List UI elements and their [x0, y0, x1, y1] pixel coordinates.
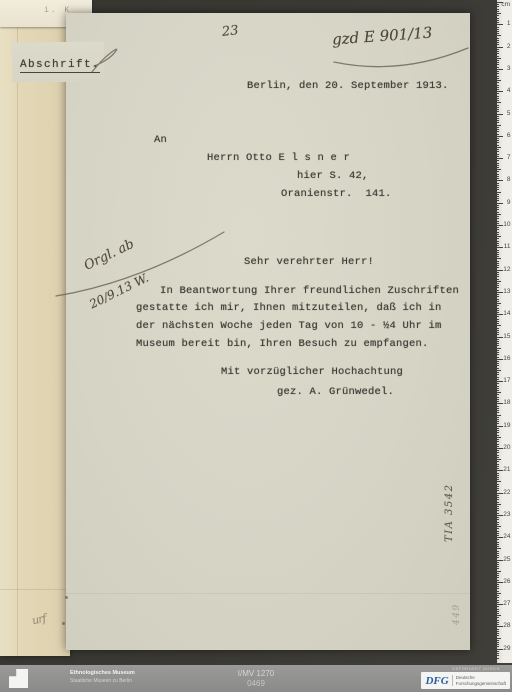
ruler-tick — [497, 258, 501, 259]
dfg-full-name: Deutsche Forschungsgemeinschaft — [456, 675, 506, 685]
ruler-tick — [497, 573, 499, 574]
funding-label: GEFÖRDERT DURCH — [452, 666, 500, 671]
ruler-tick — [497, 646, 499, 647]
ruler-tick — [497, 533, 499, 534]
ruler-tick — [497, 544, 499, 545]
ruler-tick — [497, 394, 499, 395]
ruler-tick — [497, 305, 499, 306]
ruler-tick — [497, 114, 503, 115]
ruler-tick — [497, 154, 499, 155]
ruler-tick — [497, 510, 499, 511]
ruler-tick — [497, 488, 499, 489]
ruler-tick — [497, 417, 499, 418]
ruler-tick — [497, 254, 499, 255]
ruler-tick — [497, 301, 499, 302]
ruler-tick — [497, 586, 499, 587]
ruler-tick — [497, 479, 499, 480]
ruler-tick — [497, 609, 499, 610]
body-line: gestatte ich mir, Ihnen mitzuteilen, daß… — [136, 302, 442, 314]
ruler-tick — [497, 466, 499, 467]
ruler-tick — [497, 96, 499, 97]
pencil-vertical-shelf-number: TIA 3542 — [444, 452, 455, 542]
ruler-tick — [497, 374, 499, 375]
ruler-tick — [497, 276, 499, 277]
ruler-tick — [497, 294, 499, 295]
ruler-tick — [497, 243, 499, 244]
salutation: Sehr verehrter Herr! — [244, 256, 374, 268]
ruler-tick — [497, 495, 499, 496]
ruler-tick — [497, 337, 503, 338]
ruler-tick — [497, 105, 499, 106]
copy-label: Abschrift. — [20, 59, 100, 73]
ruler-tick — [497, 624, 499, 625]
ruler-tick — [497, 205, 499, 206]
ruler-tick — [497, 18, 499, 19]
ruler-tick — [497, 64, 499, 65]
ruler-tick — [497, 142, 499, 143]
ruler-number: 9 — [507, 199, 511, 207]
ruler-tick — [497, 568, 499, 569]
ruler-tick — [497, 263, 499, 264]
ruler-tick — [497, 283, 499, 284]
ruler-tick — [497, 91, 503, 92]
ruler-tick — [497, 225, 503, 226]
ruler-tick — [497, 4, 499, 5]
address-line: hier S. 42, — [297, 170, 369, 182]
ruler-tick — [497, 216, 499, 217]
ruler-tick — [497, 174, 499, 175]
ruler-tick — [497, 593, 501, 594]
ruler-tick — [497, 236, 501, 237]
ruler-tick — [497, 296, 499, 297]
closing: Mit vorzüglicher Hochachtung — [221, 366, 403, 378]
ruler-tick — [497, 464, 499, 465]
ruler-tick — [497, 461, 499, 462]
ruler-tick — [497, 272, 499, 273]
ruler-tick — [497, 444, 499, 445]
pencil-scribble: urf — [31, 612, 47, 628]
ruler-tick — [497, 252, 499, 253]
ruler-tick — [497, 176, 499, 177]
ruler-tick — [497, 24, 503, 25]
ruler-tick — [497, 553, 499, 554]
ruler-tick — [497, 399, 499, 400]
ruler-tick — [497, 35, 501, 36]
ruler-tick — [497, 319, 499, 320]
ruler-number: 6 — [507, 132, 511, 140]
ruler-tick — [497, 62, 499, 63]
ruler-number: 25 — [503, 556, 510, 564]
dfg-acronym: DFG — [425, 675, 448, 687]
ruler-tick — [497, 588, 499, 589]
ruler-tick — [497, 334, 499, 335]
ruler-tick — [497, 160, 499, 161]
ruler-tick — [497, 187, 499, 188]
ruler-tick — [497, 60, 499, 61]
ruler-tick — [497, 332, 499, 333]
ruler-tick — [497, 2, 503, 3]
ruler-tick — [497, 459, 501, 460]
ruler-tick — [497, 455, 499, 456]
ruler-tick — [497, 221, 499, 222]
ruler-tick — [497, 214, 501, 215]
ruler-tick — [497, 279, 499, 280]
ruler-tick — [497, 432, 499, 433]
ruler-tick — [497, 31, 499, 32]
ruler-tick — [497, 241, 499, 242]
ruler-tick — [497, 390, 499, 391]
dfg-logo-divider — [452, 675, 453, 686]
ruler-tick — [497, 85, 499, 86]
dfg-name-line2: Forschungsgemeinschaft — [456, 681, 506, 686]
ruler-tick — [497, 381, 503, 382]
ruler-tick — [497, 82, 499, 83]
ruler-tick — [497, 617, 499, 618]
ruler-number: 23 — [503, 511, 510, 519]
ruler-tick — [497, 428, 499, 429]
ruler-tick — [497, 245, 499, 246]
ruler-tick — [497, 303, 501, 304]
ruler-tick — [497, 136, 503, 137]
ruler-tick — [497, 56, 499, 57]
ruler-tick — [497, 548, 501, 549]
ruler-tick — [497, 629, 499, 630]
ruler-number: 11 — [504, 243, 511, 251]
backing-sheet — [0, 4, 70, 656]
ruler-tick — [497, 426, 503, 427]
ruler-tick — [497, 165, 499, 166]
margin-note-line1: Orgl. ab — [82, 238, 136, 273]
ruler-tick — [497, 515, 503, 516]
ruler-tick — [497, 267, 499, 268]
ruler-tick — [497, 44, 499, 45]
ruler-tick — [497, 270, 503, 271]
ruler-tick — [497, 147, 501, 148]
ruler-tick — [497, 575, 499, 576]
ruler-tick — [497, 542, 499, 543]
ruler-tick — [497, 158, 503, 159]
ruler-tick — [497, 47, 503, 48]
ruler-tick — [497, 653, 499, 654]
body-line: der nächsten Woche jeden Tag von 10 - ½4… — [136, 320, 442, 332]
ruler-tick — [497, 493, 503, 494]
punch-hole — [65, 596, 68, 599]
ruler-number: 21 — [503, 466, 510, 474]
ruler-tick — [497, 350, 499, 351]
ruler: cm 1234567891011121314151617181920212223… — [497, 0, 512, 663]
ruler-tick — [497, 125, 501, 126]
body-line: Museum bereit bin, Ihren Besuch zu empfa… — [136, 338, 429, 350]
ruler-tick — [497, 604, 503, 605]
ruler-tick — [497, 11, 499, 12]
pencil-faint-number: 449 — [452, 575, 462, 625]
ruler-tick — [497, 229, 499, 230]
ruler-tick — [497, 379, 499, 380]
ruler-tick — [497, 502, 499, 503]
ruler-tick — [497, 234, 499, 235]
ruler-tick — [497, 111, 499, 112]
ruler-number: 4 — [507, 87, 511, 95]
ruler-number: 26 — [503, 578, 510, 586]
ruler-tick — [497, 403, 503, 404]
ruler-number: 17 — [503, 377, 510, 385]
ruler-number: 2 — [507, 43, 511, 51]
ruler-number: 5 — [507, 110, 511, 118]
dateline: Berlin, den 20. September 1913. — [247, 80, 449, 92]
ruler-number: 22 — [503, 489, 510, 497]
ruler-tick — [497, 93, 499, 94]
ruler-tick — [497, 261, 499, 262]
ruler-number: 20 — [503, 444, 510, 452]
ruler-tick — [497, 370, 501, 371]
ruler-tick — [497, 419, 499, 420]
ruler-tick — [497, 475, 499, 476]
letter-page-crease — [66, 593, 470, 594]
address-line: An — [154, 134, 167, 146]
ruler-tick — [497, 506, 499, 507]
ruler-tick — [497, 109, 499, 110]
ruler-tick — [497, 120, 499, 121]
ruler-tick — [497, 626, 503, 627]
ruler-tick — [497, 584, 499, 585]
ruler-tick — [497, 600, 499, 601]
ruler-number: 16 — [503, 355, 510, 363]
ruler-tick — [497, 118, 499, 119]
ruler-tick — [497, 359, 503, 360]
ruler-tick — [497, 171, 499, 172]
ruler-tick — [497, 566, 499, 567]
ruler-number: 13 — [503, 288, 510, 296]
ruler-tick — [497, 631, 499, 632]
ruler-tick — [497, 325, 501, 326]
ruler-number: 12 — [503, 266, 510, 274]
ruler-tick — [497, 368, 499, 369]
ruler-tick — [497, 194, 499, 195]
ruler-tick — [497, 649, 503, 650]
ruler-tick — [497, 406, 499, 407]
pencil-page-number: 23 — [221, 23, 239, 40]
ruler-tick — [497, 481, 501, 482]
ruler-tick — [497, 58, 501, 59]
ruler-tick — [497, 140, 499, 141]
ruler-tick — [497, 107, 499, 108]
ruler-tick — [497, 357, 499, 358]
ruler-tick — [497, 310, 499, 311]
ruler-number: 18 — [503, 399, 510, 407]
ruler-tick — [497, 435, 499, 436]
ruler-tick — [497, 127, 499, 128]
ruler-tick — [497, 539, 499, 540]
ruler-tick — [497, 247, 503, 248]
ruler-tick — [497, 207, 499, 208]
ruler-tick — [497, 156, 499, 157]
ruler-tick — [497, 363, 499, 364]
archive-scan-viewer: i. K 23 gzd E 901/13 Orgl. ab 20/9.13 W.… — [0, 0, 512, 692]
ruler-tick — [497, 38, 499, 39]
ruler-tick — [497, 423, 499, 424]
ruler-tick — [497, 145, 499, 146]
footer-bar: Ethnologisches Museum Staatliche Museen … — [0, 665, 512, 692]
ruler-number: 27 — [503, 600, 510, 608]
ruler-tick — [497, 287, 499, 288]
ruler-tick — [497, 537, 503, 538]
ruler-tick — [497, 102, 501, 103]
ruler-tick — [497, 49, 499, 50]
ruler-tick — [497, 348, 501, 349]
ruler-tick — [497, 477, 499, 478]
ruler-tick — [497, 285, 499, 286]
ruler-tick — [497, 40, 499, 41]
ruler-unit-label: cm — [501, 1, 510, 8]
ruler-tick — [497, 397, 499, 398]
ruler-tick — [497, 446, 499, 447]
ruler-tick — [497, 76, 499, 77]
ruler-number: 7 — [507, 154, 511, 162]
ruler-tick — [497, 274, 499, 275]
ruler-tick — [497, 51, 499, 52]
ruler-tick — [497, 513, 499, 514]
ruler-tick — [497, 200, 499, 201]
ruler-tick — [497, 27, 499, 28]
ruler-tick — [497, 6, 499, 7]
ruler-number: 28 — [503, 622, 510, 630]
ruler-tick — [497, 633, 499, 634]
ruler-tick — [497, 281, 501, 282]
ruler-tick — [497, 651, 499, 652]
ruler-tick — [497, 611, 499, 612]
ruler-tick — [497, 577, 499, 578]
ruler-tick — [497, 22, 499, 23]
ruler-tick — [497, 13, 501, 14]
ruler-tick — [497, 655, 499, 656]
ruler-tick — [497, 189, 499, 190]
punch-hole — [62, 622, 65, 625]
ruler-tick — [497, 555, 499, 556]
ruler-tick — [497, 232, 499, 233]
ruler-tick — [497, 620, 499, 621]
ruler-tick — [497, 73, 499, 74]
ruler-tick — [497, 339, 499, 340]
ruler-tick — [497, 386, 499, 387]
ruler-tick — [497, 308, 499, 309]
ruler-tick — [497, 519, 499, 520]
ruler-tick — [497, 524, 499, 525]
ruler-tick — [497, 562, 499, 563]
ruler-tick — [497, 658, 499, 659]
ruler-tick — [497, 535, 499, 536]
ruler-tick — [497, 151, 499, 152]
ruler-tick — [497, 638, 501, 639]
ruler-tick — [497, 183, 499, 184]
ruler-tick — [497, 328, 499, 329]
ruler-tick — [497, 69, 503, 70]
ruler-tick — [497, 129, 499, 130]
body-line: In Beantwortung Ihrer freundlichen Zusch… — [160, 285, 459, 297]
ruler-tick — [497, 580, 499, 581]
ruler-tick — [497, 383, 499, 384]
ruler-tick — [497, 71, 499, 72]
ruler-tick — [497, 29, 499, 30]
ruler-tick — [497, 138, 499, 139]
ruler-tick — [497, 265, 499, 266]
backing-sheet-crease — [0, 589, 70, 590]
ruler-tick — [497, 408, 499, 409]
ruler-tick — [497, 591, 499, 592]
ruler-tick — [497, 180, 503, 181]
ruler-tick — [497, 486, 499, 487]
ruler-number: 24 — [503, 533, 510, 541]
ruler-number: 14 — [503, 310, 510, 318]
ruler-tick — [497, 517, 499, 518]
ruler-tick — [497, 582, 503, 583]
ruler-tick — [497, 644, 499, 645]
address-line: Oranienstr. 141. — [281, 188, 392, 200]
ruler-tick — [497, 223, 499, 224]
ruler-tick — [497, 602, 499, 603]
dfg-logo: DFG Deutsche Forschungsgemeinschaft — [421, 672, 510, 689]
ruler-tick — [497, 312, 499, 313]
ruler-tick — [497, 352, 499, 353]
ruler-tick — [497, 116, 499, 117]
ruler-tick — [497, 640, 499, 641]
ruler-tick — [497, 209, 499, 210]
ruler-tick — [497, 67, 499, 68]
ruler-tick — [497, 15, 499, 16]
ruler-tick — [497, 316, 499, 317]
ruler-number: 3 — [507, 65, 511, 73]
ruler-tick — [497, 468, 499, 469]
ruler-tick — [497, 499, 499, 500]
ruler-tick — [497, 198, 499, 199]
ruler-tick — [497, 595, 499, 596]
ruler-tick — [497, 377, 499, 378]
backing-sheet-fold-line — [17, 4, 18, 656]
ruler-tick — [497, 203, 503, 204]
ruler-tick — [497, 33, 499, 34]
ruler-tick — [497, 169, 501, 170]
ruler-tick — [497, 185, 499, 186]
ruler-tick — [497, 528, 499, 529]
ruler-tick — [497, 497, 499, 498]
ruler-tick — [497, 490, 499, 491]
ruler-tick — [497, 437, 501, 438]
ruler-tick — [497, 388, 499, 389]
ruler-tick — [497, 564, 499, 565]
ruler-tick — [497, 87, 499, 88]
ruler-tick — [497, 196, 499, 197]
ruler-tick — [497, 212, 499, 213]
ruler-tick — [497, 256, 499, 257]
ruler-tick — [497, 53, 499, 54]
ruler-tick — [497, 149, 499, 150]
ruler-tick — [497, 299, 499, 300]
ruler-number: 15 — [503, 333, 510, 341]
ruler-tick — [497, 448, 503, 449]
ruler-tick — [497, 551, 499, 552]
ruler-tick — [497, 642, 499, 643]
ruler-tick — [497, 89, 499, 90]
ruler-tick — [497, 321, 499, 322]
ruler-tick — [497, 98, 499, 99]
ruler-tick — [497, 345, 499, 346]
ruler-tick — [497, 227, 499, 228]
ruler-number: 1 — [507, 20, 511, 28]
ruler-tick — [497, 122, 499, 123]
ruler-tick — [497, 546, 499, 547]
ruler-tick — [497, 163, 499, 164]
ruler-tick — [497, 415, 501, 416]
ruler-tick — [497, 606, 499, 607]
